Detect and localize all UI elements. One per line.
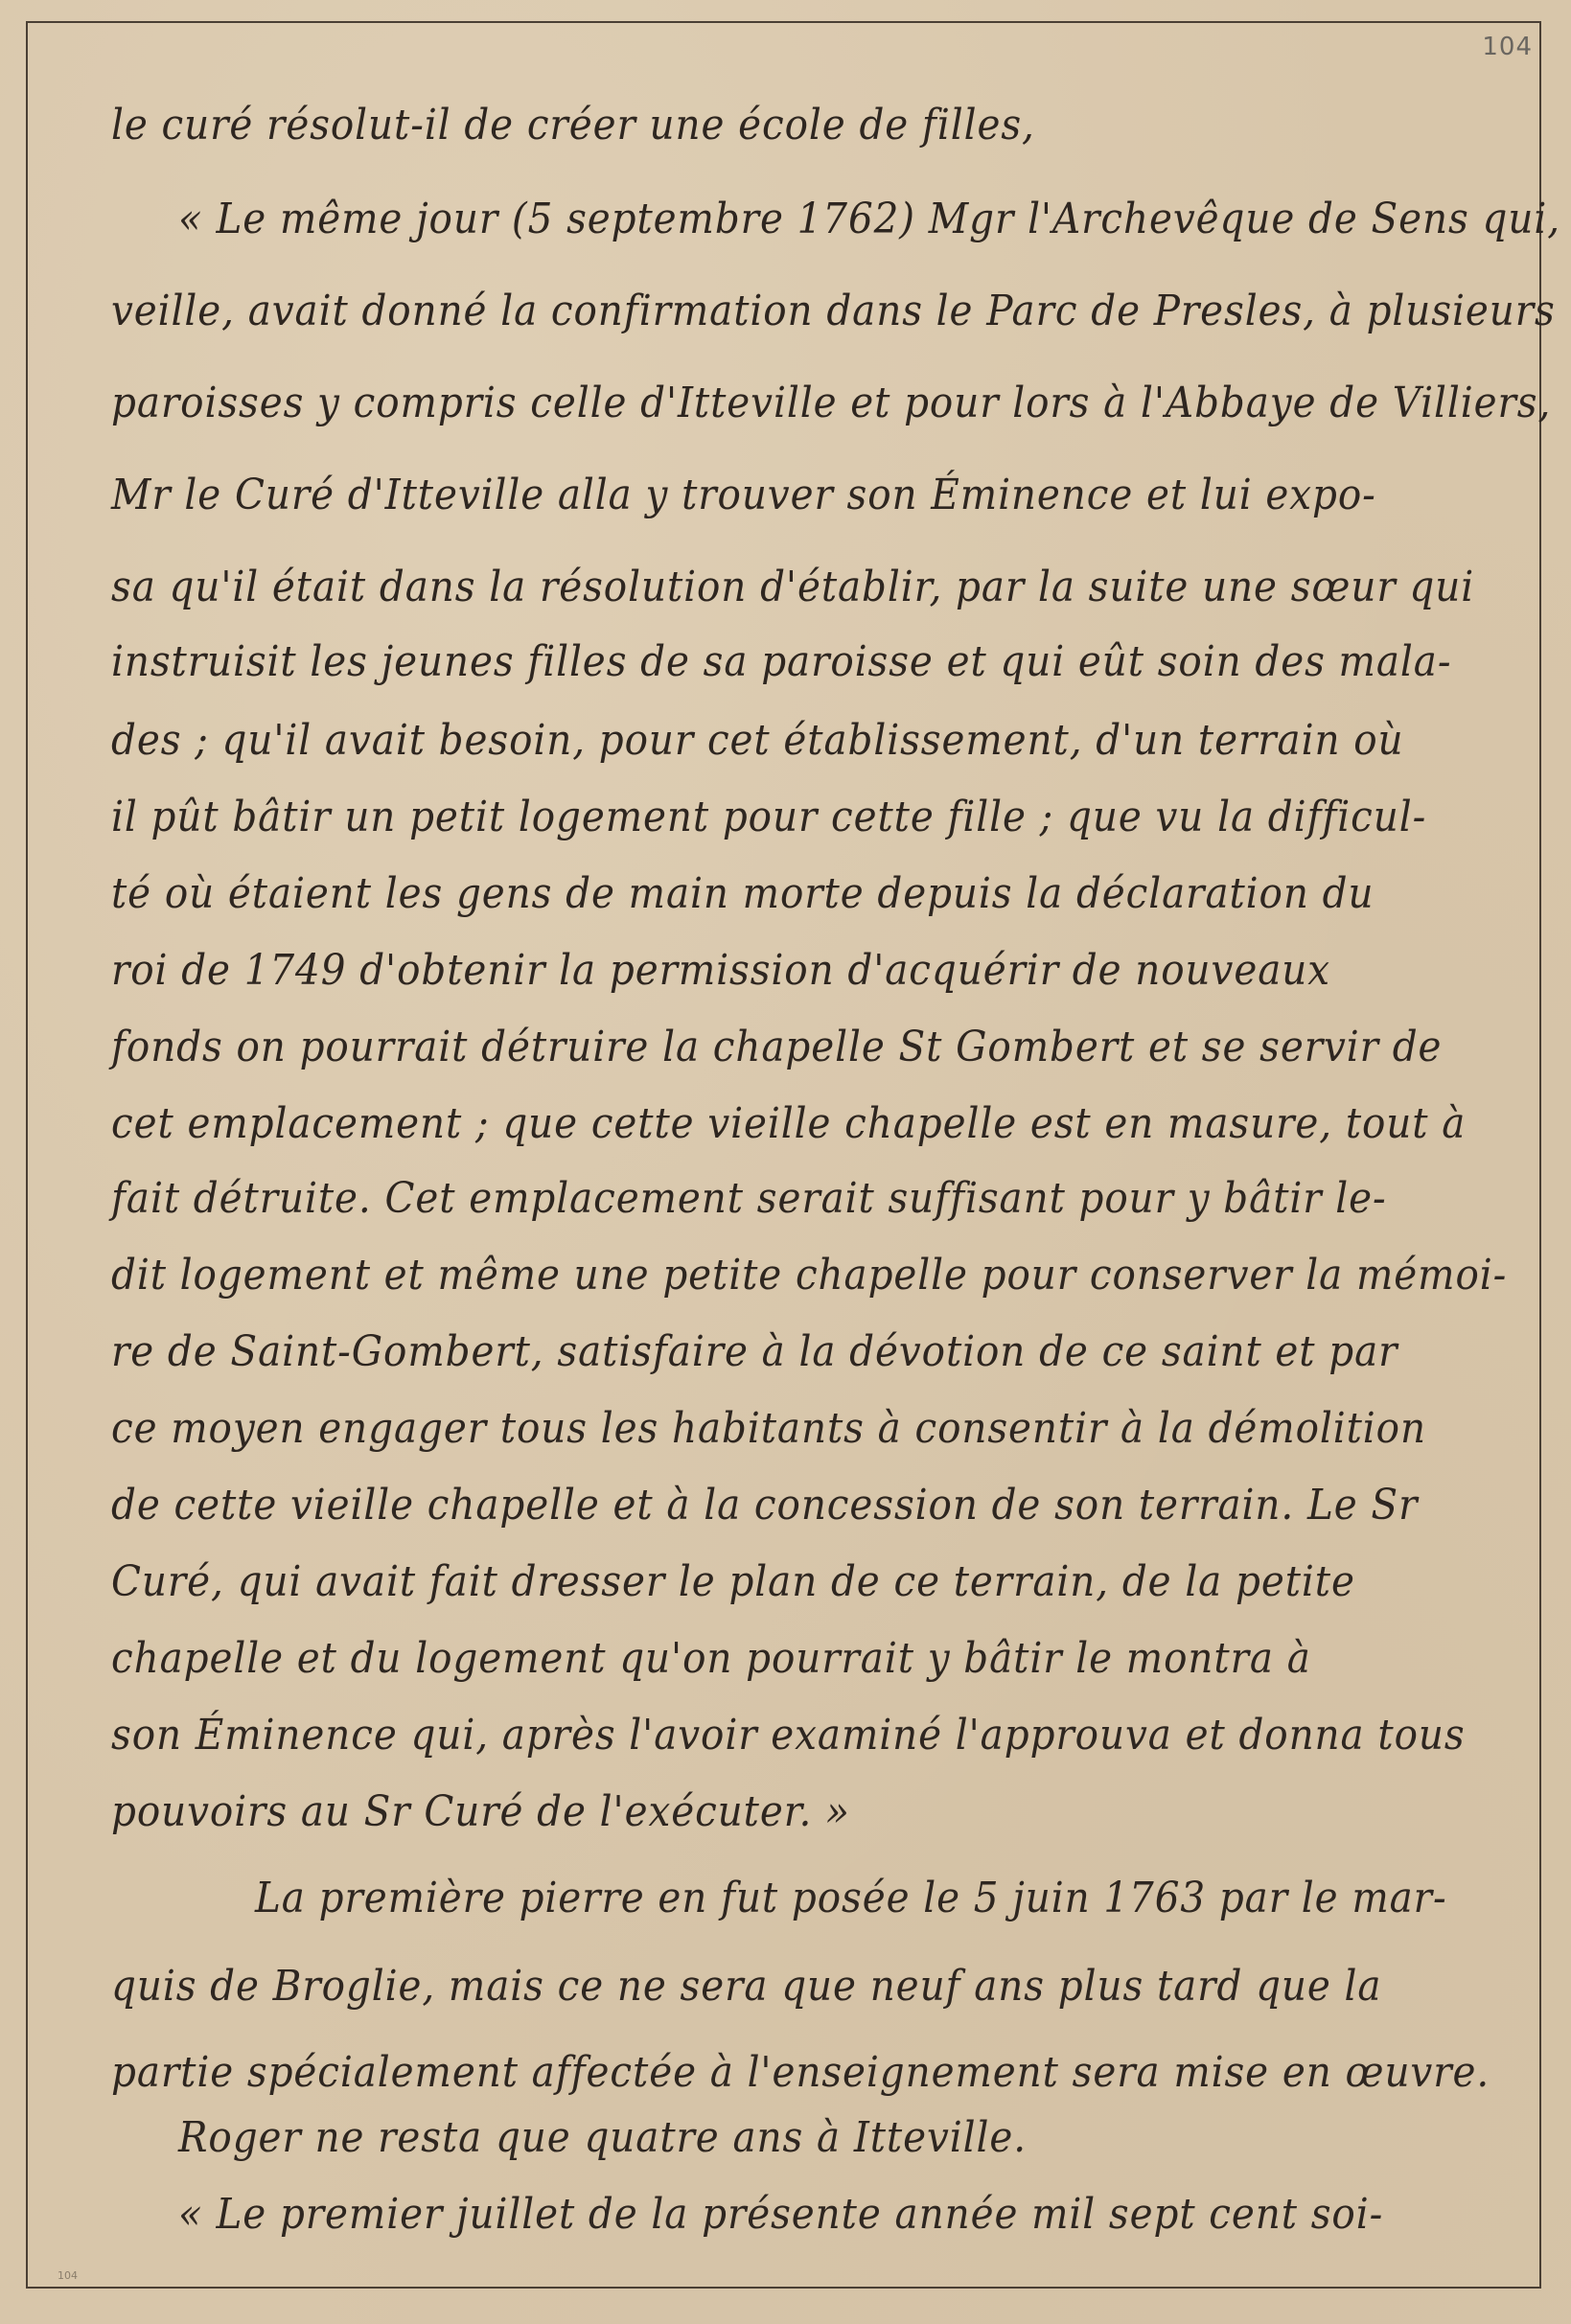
text-line: il pût bâtir un petit logement pour cett… bbox=[111, 793, 1426, 841]
text-line: quis de Broglie, mais ce ne sera que neu… bbox=[111, 1962, 1381, 2011]
text-line: son Éminence qui, après l'avoir examiné … bbox=[111, 1711, 1466, 1760]
text-line: ce moyen engager tous les habitants à co… bbox=[111, 1404, 1426, 1453]
text-line: des ; qu'il avait besoin, pour cet établ… bbox=[111, 716, 1404, 765]
text-line: chapelle et du logement qu'on pourrait y… bbox=[111, 1634, 1311, 1683]
text-line: pouvoirs au Sr Curé de l'exécuter. » bbox=[111, 1787, 850, 1836]
folio-number-bottom: 104 bbox=[58, 2269, 78, 2282]
text-line: paroisses y compris celle d'Itteville et… bbox=[111, 379, 1551, 427]
text-line: La première pierre en fut posée le 5 jui… bbox=[255, 1874, 1447, 1922]
text-line: Mr le Curé d'Itteville alla y trouver so… bbox=[111, 471, 1376, 519]
text-line: té où étaient les gens de main morte dep… bbox=[111, 869, 1374, 918]
text-line: dit logement et même une petite chapelle… bbox=[111, 1251, 1507, 1300]
text-line: cet emplacement ; que cette vieille chap… bbox=[111, 1099, 1466, 1148]
text-line: veille, avait donné la confirmation dans… bbox=[111, 287, 1556, 335]
text-line: sa qu'il était dans la résolution d'étab… bbox=[111, 563, 1474, 611]
text-line: re de Saint-Gombert, satisfaire à la dév… bbox=[111, 1327, 1398, 1376]
text-line: de cette vieille chapelle et à la conces… bbox=[111, 1481, 1418, 1530]
text-line: fonds on pourrait détruire la chapelle S… bbox=[111, 1023, 1442, 1071]
text-line: Curé, qui avait fait dresser le plan de … bbox=[111, 1557, 1355, 1606]
text-line: « Le premier juillet de la présente anné… bbox=[178, 2190, 1383, 2239]
manuscript-page: 104 104 le curé résolut-il de créer une … bbox=[0, 0, 1571, 2324]
text-line: le curé résolut-il de créer une école de… bbox=[111, 101, 1035, 150]
text-line: Roger ne resta que quatre ans à Ittevill… bbox=[178, 2113, 1027, 2162]
text-line: instruisit les jeunes filles de sa paroi… bbox=[111, 637, 1451, 686]
page-border-frame bbox=[26, 21, 1541, 2289]
text-line: fait détruite. Cet emplacement serait su… bbox=[111, 1174, 1387, 1223]
text-line: partie spécialement affectée à l'enseign… bbox=[111, 2048, 1490, 2097]
text-line: « Le même jour (5 septembre 1762) Mgr l'… bbox=[178, 195, 1571, 243]
text-line: roi de 1749 d'obtenir la permission d'ac… bbox=[111, 946, 1330, 995]
folio-number-top: 104 bbox=[1482, 33, 1533, 61]
